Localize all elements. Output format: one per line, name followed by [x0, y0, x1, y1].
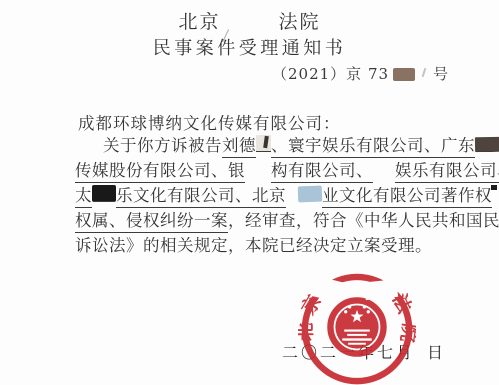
body-text-segment: ，经审查，符合《中华人民共和国民事	[228, 210, 499, 231]
court-name-prefix: 北京	[178, 11, 220, 33]
body-text-segment: 乐文化有限公司、北京	[116, 185, 286, 208]
redaction-white	[245, 161, 271, 177]
redaction-case-number	[393, 68, 415, 81]
case-number-prefix: （2021）京 73	[272, 65, 389, 83]
case-number-suffix: 号	[433, 65, 449, 83]
emblem-small-star	[344, 310, 347, 313]
body-text-segment: 诉讼法》的相关规定，本院已经决定立案受理。	[75, 235, 432, 256]
court-name-suffix: 法院	[279, 11, 321, 33]
emblem-small-star	[348, 305, 351, 308]
body-text-segment: 传媒股份有限公司、银	[75, 160, 245, 183]
body-text-segment: 权属、侵权纠纷一案	[75, 210, 228, 233]
redaction-blue	[298, 186, 323, 203]
emblem-gate-bar	[347, 334, 367, 336]
body-text-segment: 业文化有限公司著作权	[322, 185, 492, 208]
emblem-gate-bar	[344, 329, 370, 331]
court-name-line: 北京法院	[0, 7, 499, 34]
body-text-segment: 关于你方诉被告	[103, 135, 222, 156]
addressee-line: 成都环球博纳文化传媒有限公司：	[78, 110, 341, 134]
redaction-white	[286, 186, 298, 202]
svg-text:法院: 法院	[388, 291, 416, 352]
body-line-1: 关于你方诉被告刘德、寰宇娱乐有限公司、广东	[75, 135, 475, 160]
scan-artifact	[417, 67, 431, 79]
redaction-seal-patch	[364, 279, 398, 300]
scan-speck	[491, 185, 497, 190]
emblem-small-star	[367, 310, 370, 313]
seal-text-right: 法院	[388, 291, 416, 352]
redaction-dark	[475, 137, 499, 152]
emblem-small-star	[363, 305, 366, 308]
body-text-segment: 娱乐有限公司、	[395, 160, 499, 183]
case-number-line: （2021）京 73号	[272, 63, 449, 84]
redaction-white	[373, 161, 395, 177]
document-title: 民事案件受理通知书	[0, 34, 499, 60]
body-line-3: 太乐文化有限公司、北京业文化有限公司著作权	[75, 185, 475, 210]
date-right: 日	[427, 343, 446, 362]
body-line-4: 权属、侵权纠纷一案，经审查，符合《中华人民共和国民事	[75, 210, 475, 235]
court-seal: 北京 法院	[298, 270, 416, 385]
emblem-gate-bar	[348, 343, 366, 345]
emblem-gate-bar	[342, 338, 372, 340]
body-text-segment: 构有限公司、	[271, 160, 373, 183]
redaction-smudge	[256, 135, 271, 152]
document-page: 北京法院 民事案件受理通知书 （2021）京 73号 成都环球博纳文化传媒有限公…	[0, 0, 499, 385]
body-text-segment: 刘德	[222, 135, 256, 158]
body-text-segment: 、寰宇娱乐有限公司、广东	[271, 135, 475, 158]
redaction-black	[92, 185, 116, 202]
body-line-2: 传媒股份有限公司、银构有限公司、娱乐有限公司、	[75, 160, 475, 185]
body-line-5: 诉讼法》的相关规定，本院已经决定立案受理。	[75, 235, 475, 260]
body-paragraph: 关于你方诉被告刘德、寰宇娱乐有限公司、广东传媒股份有限公司、银构有限公司、娱乐有…	[75, 135, 475, 260]
body-text-segment: 太	[75, 185, 92, 208]
